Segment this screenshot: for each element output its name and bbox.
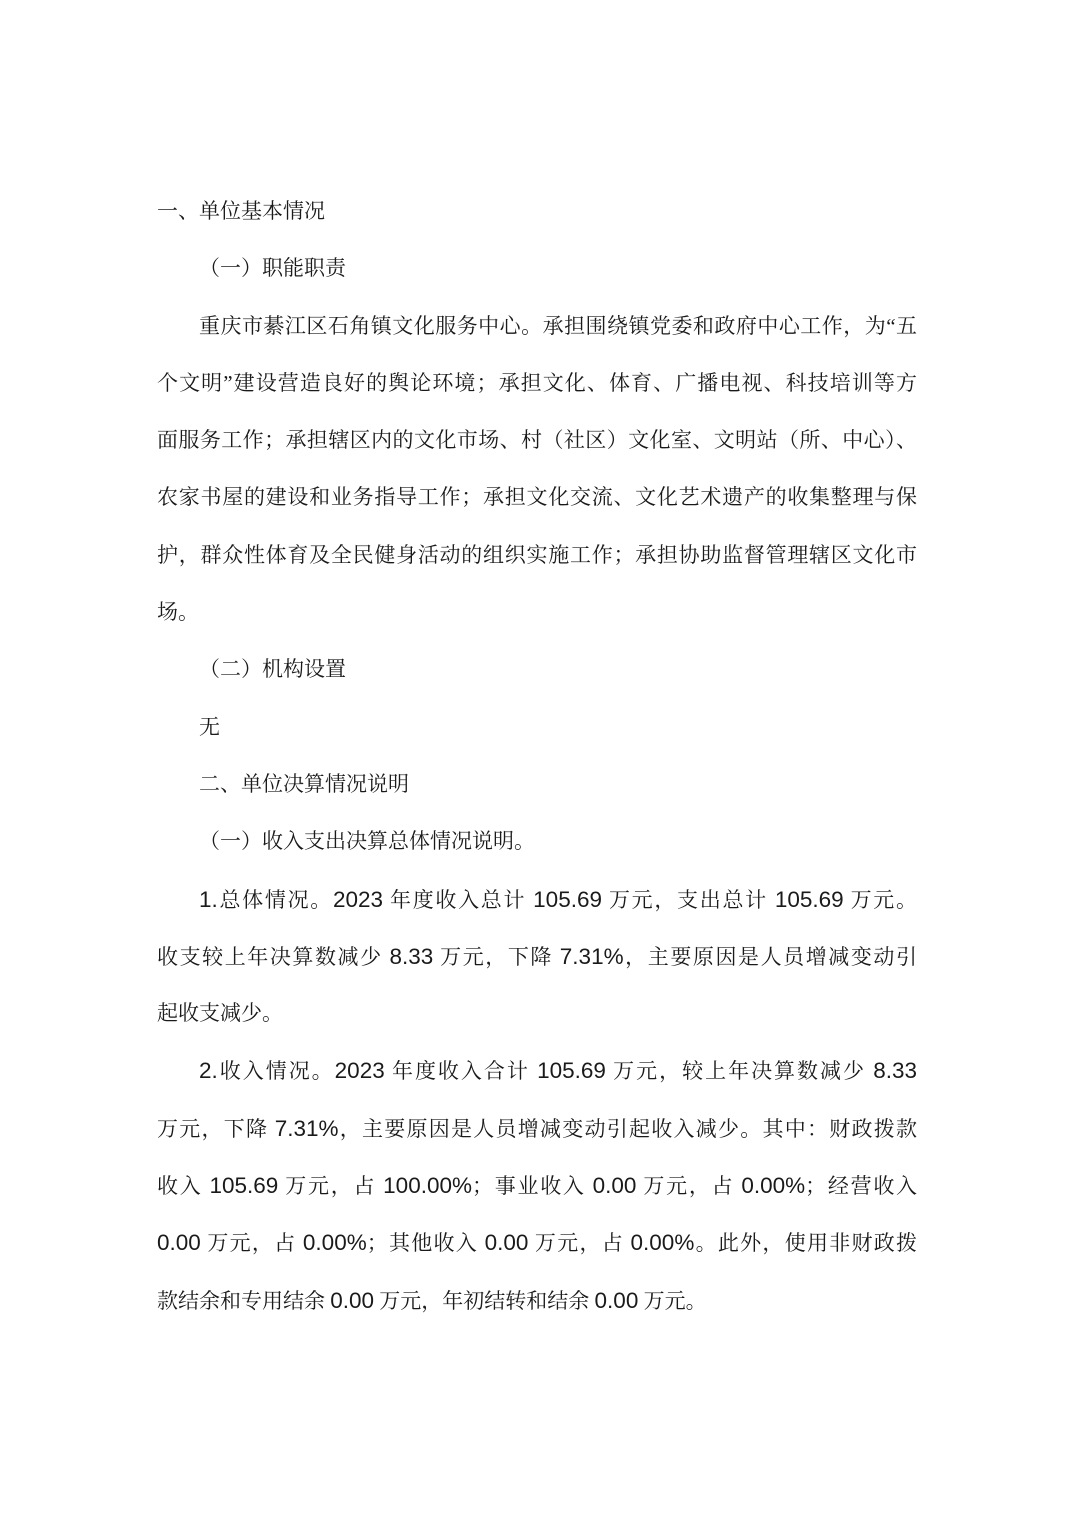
numeric-value: 105.69 xyxy=(537,1058,606,1083)
heading-level-2: （一）收入支出决算总体情况说明。 xyxy=(157,813,917,870)
text-line: 无 xyxy=(157,699,917,756)
text-line: 个文明”建设营造良好的舆论环境；承担文化、体育、广播电视、科技培训等方 xyxy=(157,355,917,412)
numeric-value: 7.31% xyxy=(275,1116,339,1141)
text-line: 场。 xyxy=(157,584,917,641)
text-line: 1.总体情况。2023 年度收入总计 105.69 万元，支出总计 105.69… xyxy=(157,871,917,928)
numeric-value: 0.00 xyxy=(330,1288,374,1313)
text-line: 收支较上年决算数减少 8.33 万元，下降 7.31%，主要原因是人员增减变动引 xyxy=(157,928,917,985)
text-line: 款结余和专用结余 0.00 万元，年初结转和结余 0.00 万元。 xyxy=(157,1272,917,1329)
text-line: 面服务工作；承担辖区内的文化市场、村（社区）文化室、文明站（所、中心）、 xyxy=(157,412,917,469)
numeric-value: 8.33 xyxy=(390,944,434,969)
numeric-value: 105.69 xyxy=(209,1173,278,1198)
document-body: 一、单位基本情况（一）职能职责重庆市綦江区石角镇文化服务中心。承担围绕镇党委和政… xyxy=(157,183,917,1329)
numeric-value: 1. xyxy=(199,887,218,912)
text-line: 0.00 万元，占 0.00%；其他收入 0.00 万元，占 0.00%。此外，… xyxy=(157,1214,917,1271)
text-line: 重庆市綦江区石角镇文化服务中心。承担围绕镇党委和政府中心工作，为“五 xyxy=(157,298,917,355)
heading-level-2: （二）机构设置 xyxy=(157,641,917,698)
numeric-value: 105.69 xyxy=(533,887,602,912)
text-line: 农家书屋的建设和业务指导工作；承担文化交流、文化艺术遗产的收集整理与保 xyxy=(157,469,917,526)
numeric-value: 7.31% xyxy=(560,944,624,969)
numeric-value: 100.00% xyxy=(383,1173,472,1198)
text-line: 2.收入情况。2023 年度收入合计 105.69 万元，较上年决算数减少 8.… xyxy=(157,1042,917,1099)
numeric-value: 8.33 xyxy=(873,1058,917,1083)
document-page: 一、单位基本情况（一）职能职责重庆市綦江区石角镇文化服务中心。承担围绕镇党委和政… xyxy=(0,0,1074,1520)
heading-level-1: 一、单位基本情况 xyxy=(157,183,917,240)
numeric-value: 2023 xyxy=(333,887,383,912)
numeric-value: 0.00 xyxy=(593,1173,637,1198)
heading-level-1: 二、单位决算情况说明 xyxy=(157,756,917,813)
text-line: 护，群众性体育及全民健身活动的组织实施工作；承担协助监督管理辖区文化市 xyxy=(157,527,917,584)
text-line: 起收支减少。 xyxy=(157,985,917,1042)
heading-level-2: （一）职能职责 xyxy=(157,240,917,297)
numeric-value: 105.69 xyxy=(775,887,844,912)
numeric-value: 0.00% xyxy=(631,1230,695,1255)
numeric-value: 0.00 xyxy=(157,1230,201,1255)
numeric-value: 0.00% xyxy=(741,1173,805,1198)
numeric-value: 0.00 xyxy=(485,1230,529,1255)
text-line: 收入 105.69 万元，占 100.00%；事业收入 0.00 万元，占 0.… xyxy=(157,1157,917,1214)
numeric-value: 2023 xyxy=(335,1058,385,1083)
numeric-value: 0.00% xyxy=(303,1230,367,1255)
numeric-value: 2. xyxy=(199,1058,218,1083)
numeric-value: 0.00 xyxy=(595,1288,639,1313)
text-line: 万元，下降 7.31%，主要原因是人员增减变动引起收入减少。其中：财政拨款 xyxy=(157,1100,917,1157)
